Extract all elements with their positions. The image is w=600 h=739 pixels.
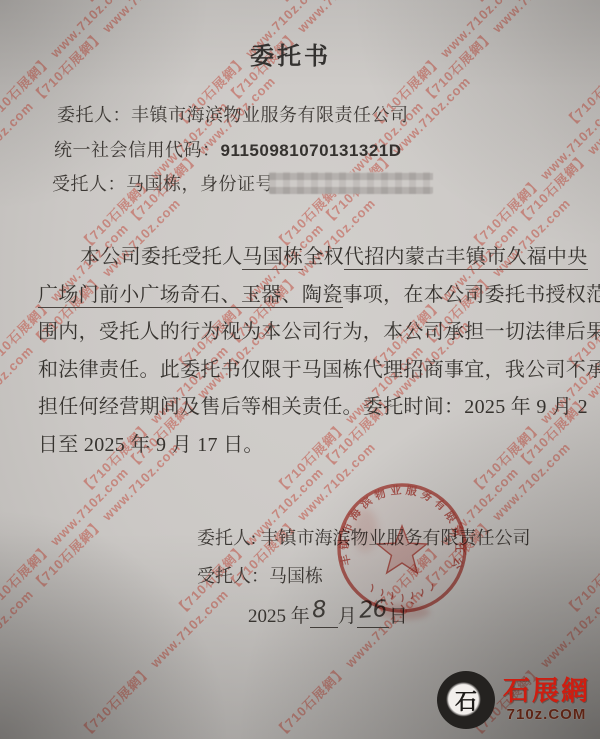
body-segment: 事项，在本公司委托书授权范 xyxy=(343,284,600,306)
principal-line: 委托人：丰镇市海滨物业服务有限责任公司 xyxy=(57,101,409,127)
watermark-text: 【710石展網】 www.710z.com 【710石展網】 www.710z.… xyxy=(465,193,600,497)
body-line: 和法律责任。此委托书仅限于马国栋代理招商事宜，我公司不承 xyxy=(38,353,600,382)
signature-trustee-label: 受托人： xyxy=(197,566,269,586)
watermark-text: 【710石展網】 www.710z.com 【710石展網】 www.710z.… xyxy=(270,0,574,9)
signature-principal-label: 委托人: xyxy=(197,528,256,548)
credit-code-line: 统一社会信用代码：91150981070131321D xyxy=(54,136,402,162)
document-title: 委托书 xyxy=(250,36,331,71)
watermark-text: 【710石展網】 www.710z.com 【710石展網】 www.710z.… xyxy=(560,0,600,131)
body-segment: 和法律责任。此委托书仅限于马国栋代理招商事宜，我公司不承 xyxy=(38,359,600,381)
body-line: 广场门前小广场奇石、玉器、陶瓷事项，在本公司委托书授权范 xyxy=(38,278,600,307)
stone-seal-icon: 石 xyxy=(432,666,501,735)
principal-label: 委托人： xyxy=(57,105,131,125)
watermark-text: 【710石展網】 www.710z.com 【710石展網】 www.710z.… xyxy=(270,193,574,497)
body-segment: 本公司委托受托人 xyxy=(80,246,242,268)
body-segment: 担任何经营期间及售后等相关责任。委托时间：2025 年 9 月 2 xyxy=(38,396,588,418)
site-url: 710z.COM xyxy=(507,707,587,722)
body-line: 围内，受托人的行为视为本公司行为，本公司承担一切法律后果 xyxy=(38,315,600,344)
body-segment: 日至 2025 年 9 月 17 日。 xyxy=(38,434,264,456)
trustee-label: 受托人： xyxy=(52,174,126,194)
watermark-text: 【710石展網】 www.710z.com 【710石展網】 www.710z.… xyxy=(0,0,184,9)
redacted-id-block xyxy=(269,172,433,194)
site-logo: 石 石展網 710z.COM xyxy=(437,671,590,729)
watermark-text: 【710石展網】 www.710z.com 【710石展網】 www.710z.… xyxy=(465,0,600,9)
body-segment-underlined: 广场门前小广场奇石、玉器、陶瓷 xyxy=(38,284,343,308)
signature-trustee-name: 马国栋 xyxy=(269,566,323,586)
body-segment: 围内，受托人的行为视为本公司行为，本公司承担一切法律后果 xyxy=(38,321,600,343)
trustee-line: 受托人：马国栋，身份证号： xyxy=(52,170,293,196)
date-year: 2025 年 xyxy=(248,606,310,627)
site-name: 石展網 xyxy=(503,678,590,705)
watermark-text: 【710石展網】 www.710z.com 【710石展網】 www.710z.… xyxy=(465,0,600,253)
body-line: 本公司委托受托人马国栋全权代招内蒙古丰镇市久福中央 xyxy=(80,240,588,269)
site-logo-text: 石展網 710z.COM xyxy=(503,678,590,722)
stone-character: 石 xyxy=(437,671,495,729)
credit-code-value: 91150981070131321D xyxy=(221,141,402,160)
watermark-text: 【710石展網】 www.710z.com 【710石展網】 www.710z.… xyxy=(75,0,379,9)
document-photo: 【710石展網】 www.710z.com 【710石展網】 www.710z.… xyxy=(0,0,600,739)
body-segment: 全权 xyxy=(303,246,344,268)
handwritten-month: 8 xyxy=(311,597,326,624)
body-line: 日至 2025 年 9 月 17 日。 xyxy=(38,428,264,457)
body-segment-underlined: 马国栋 xyxy=(242,246,303,270)
signature-trustee-line: 受托人：马国栋 xyxy=(197,562,323,588)
trustee-name: 马国栋， xyxy=(126,174,200,194)
body-segment-underlined: 代招内蒙古丰镇市久福中央 xyxy=(344,246,588,270)
body-line: 担任何经营期间及售后等相关责任。委托时间：2025 年 9 月 2 xyxy=(38,390,588,419)
principal-name: 丰镇市海滨物业服务有限责任公司 xyxy=(131,105,409,125)
company-seal-stamp: 丰镇市海滨物业服务有限责任公司 xyxy=(332,478,472,618)
credit-code-label: 统一社会信用代码： xyxy=(54,140,221,160)
watermark-text: 【710石展網】 www.710z.com 【710石展網】 www.710z.… xyxy=(0,437,184,739)
